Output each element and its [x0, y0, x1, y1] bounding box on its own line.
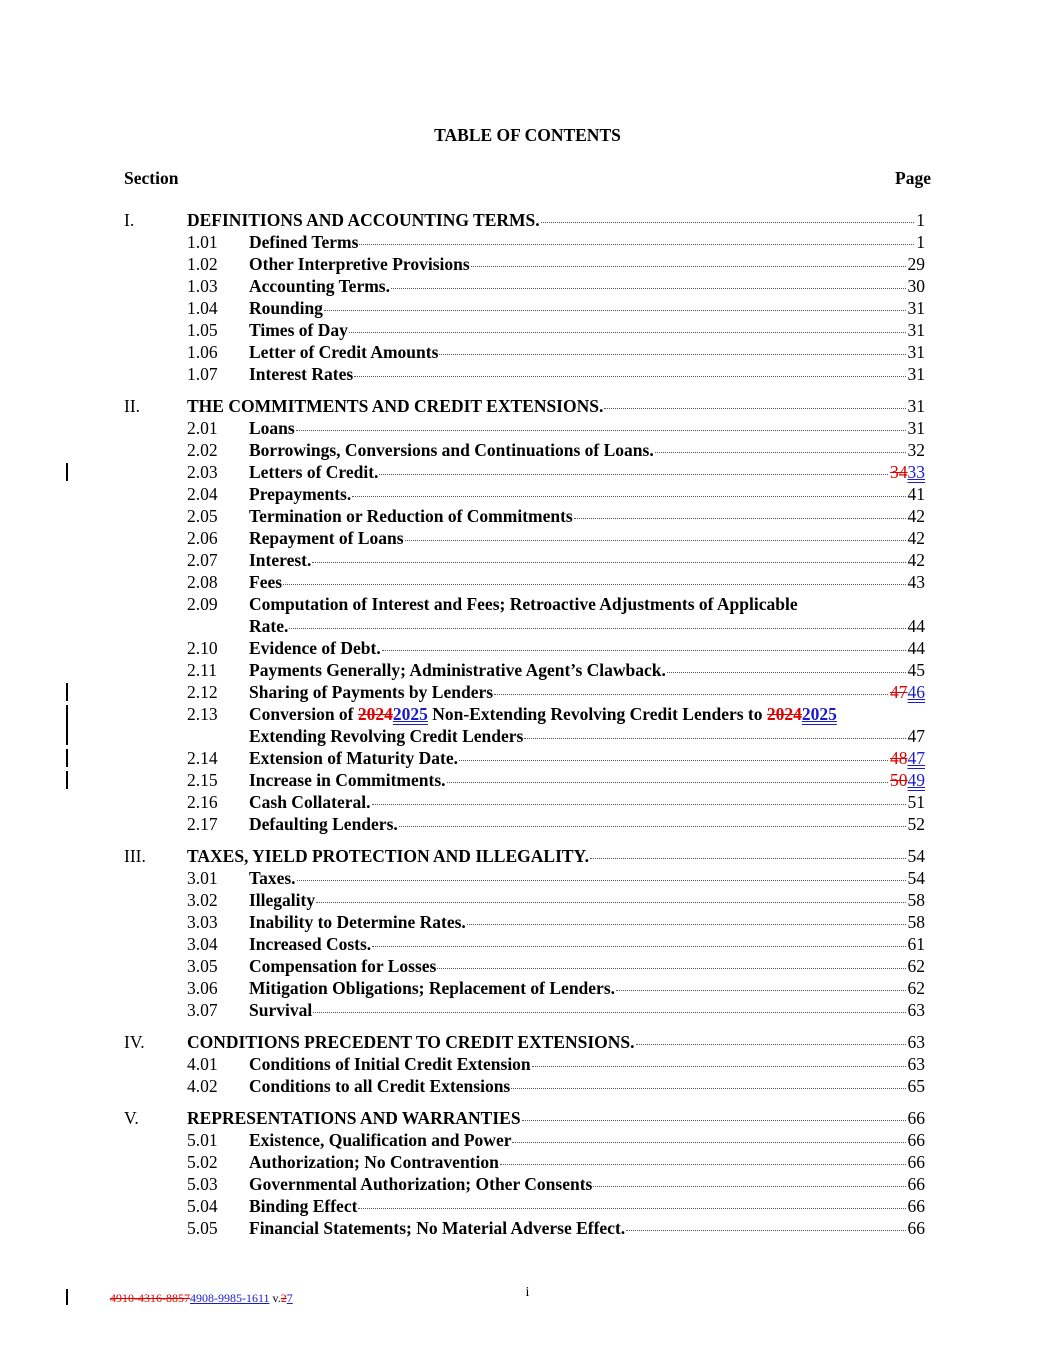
toc-page-number[interactable]: 4847: [890, 747, 925, 769]
dot-leader: [524, 738, 905, 739]
toc-entry-title[interactable]: Prepayments.: [249, 483, 351, 505]
toc-page-number[interactable]: 61: [908, 933, 926, 955]
toc-entry-number: 3.01: [187, 867, 218, 889]
toc-section-row[interactable]: 3.05Compensation for Losses62: [0, 955, 1055, 977]
page-title: TABLE OF CONTENTS: [0, 125, 1055, 146]
toc-section-row[interactable]: 3.07Survival63: [0, 999, 1055, 1021]
dot-leader: [626, 1230, 905, 1231]
toc-page-number[interactable]: 5049: [890, 769, 925, 791]
toc-entry-title[interactable]: Authorization; No Contravention: [249, 1151, 499, 1173]
toc-section-row[interactable]: 1.01Defined Terms1: [0, 231, 1055, 253]
inserted-text: 2025: [393, 704, 428, 724]
toc-entry-number: 2.07: [187, 549, 218, 571]
toc-entry-title[interactable]: Defaulting Lenders.: [249, 813, 398, 835]
toc-section-row[interactable]: 2.06Repayment of Loans42: [0, 527, 1055, 549]
change-bar: [66, 463, 68, 481]
toc-page-number[interactable]: 31: [908, 297, 926, 319]
dot-leader: [655, 452, 906, 453]
toc-entry-title[interactable]: Conditions to all Credit Extensions: [249, 1075, 510, 1097]
toc-page-number[interactable]: 4746: [890, 681, 925, 703]
toc-page-number[interactable]: 63: [908, 1031, 926, 1053]
toc-section-row[interactable]: 1.02Other Interpretive Provisions29: [0, 253, 1055, 275]
toc-page-number[interactable]: 31: [908, 319, 926, 341]
toc-entry-number: 1.06: [187, 341, 218, 363]
toc-section-row[interactable]: 1.07Interest Rates31: [0, 363, 1055, 385]
page-column-header: Page: [895, 168, 931, 189]
dot-leader: [382, 650, 906, 651]
toc-entry-number: 1.05: [187, 319, 218, 341]
toc-entry-title[interactable]: Mitigation Obligations; Replacement of L…: [249, 977, 615, 999]
dot-leader: [500, 1164, 906, 1165]
toc-entry-title[interactable]: Times of Day: [249, 319, 348, 341]
dot-leader: [399, 826, 906, 827]
toc-entry-number: 2.08: [187, 571, 218, 593]
dot-leader: [372, 804, 906, 805]
dot-leader: [352, 496, 905, 497]
toc-entry-number: 5.04: [187, 1195, 218, 1217]
toc-entry-number: 2.04: [187, 483, 218, 505]
toc-entry-title[interactable]: Existence, Qualification and Power: [249, 1129, 511, 1151]
title-fragment: Conversion of: [249, 704, 358, 724]
dot-leader: [574, 518, 906, 519]
toc-article-row[interactable]: III.TAXES, YIELD PROTECTION AND ILLEGALI…: [0, 845, 1055, 867]
toc-section-row[interactable]: 2.09Computation of Interest and Fees; Re…: [0, 593, 1055, 637]
toc-page-number[interactable]: 45: [908, 659, 926, 681]
dot-leader: [405, 540, 906, 541]
dot-leader: [372, 946, 905, 947]
toc-page-number[interactable]: 66: [908, 1195, 926, 1217]
toc-section-row[interactable]: 2.07Interest.42: [0, 549, 1055, 571]
toc-page-number[interactable]: 54: [908, 867, 926, 889]
toc-page-number[interactable]: 58: [908, 889, 926, 911]
dot-leader: [316, 902, 905, 903]
deleted-page-number: 47: [890, 682, 908, 702]
toc-section-row[interactable]: 2.11Payments Generally; Administrative A…: [0, 659, 1055, 681]
toc-entry-title[interactable]: Rounding: [249, 297, 323, 319]
toc-section-row[interactable]: 5.02Authorization; No Contravention66: [0, 1151, 1055, 1173]
toc-entry-title[interactable]: Defined Terms: [249, 231, 358, 253]
toc-entry-title[interactable]: TAXES, YIELD PROTECTION AND ILLEGALITY.: [187, 845, 589, 867]
toc-page-number[interactable]: 42: [908, 505, 926, 527]
toc-page-number[interactable]: 62: [908, 955, 926, 977]
toc-page-number[interactable]: 66: [908, 1129, 926, 1151]
toc-section-row[interactable]: 1.04Rounding31: [0, 297, 1055, 319]
toc-page-number[interactable]: 44: [908, 615, 926, 637]
dot-leader: [593, 1186, 905, 1187]
toc-page-number[interactable]: 31: [908, 395, 926, 417]
toc-page-number[interactable]: 29: [908, 253, 926, 275]
toc-section-row[interactable]: 2.12Sharing of Payments by Lenders4746: [0, 681, 1055, 703]
toc-page-number[interactable]: 66: [908, 1173, 926, 1195]
dot-leader: [590, 858, 906, 859]
toc-section-row[interactable]: 4.01Conditions of Initial Credit Extensi…: [0, 1053, 1055, 1075]
toc-page-number[interactable]: 42: [908, 527, 926, 549]
toc-entry-number: 4.01: [187, 1053, 218, 1075]
toc-entry-number: 2.01: [187, 417, 218, 439]
toc-page-number[interactable]: 1: [916, 209, 925, 231]
dot-leader: [532, 1066, 906, 1067]
toc-entry-title[interactable]: Letter of Credit Amounts: [249, 341, 438, 363]
toc-entry-title[interactable]: Evidence of Debt.: [249, 637, 381, 659]
toc-entry-title[interactable]: Payments Generally; Administrative Agent…: [249, 659, 666, 681]
dot-leader: [447, 782, 888, 783]
change-bar: [66, 771, 68, 789]
toc-entry-number: 3.06: [187, 977, 218, 999]
deleted-page-number: 48: [890, 748, 908, 768]
toc-article-row[interactable]: IV.CONDITIONS PRECEDENT TO CREDIT EXTENS…: [0, 1031, 1055, 1053]
toc-entry-number: 5.03: [187, 1173, 218, 1195]
toc-page-number[interactable]: 66: [908, 1217, 926, 1239]
dot-leader: [616, 990, 905, 991]
toc-section-row[interactable]: 5.04Binding Effect66: [0, 1195, 1055, 1217]
toc-entry-title[interactable]: Conversion of 20242025 Non-Extending Rev…: [249, 703, 837, 725]
dot-leader: [312, 562, 905, 563]
toc-section-row[interactable]: 2.03Letters of Credit.3433: [0, 461, 1055, 483]
toc-page-number[interactable]: 51: [908, 791, 926, 813]
toc-section-row[interactable]: 2.13Conversion of 20242025 Non-Extending…: [0, 703, 1055, 747]
toc-page-number[interactable]: 32: [908, 439, 926, 461]
toc-entry-title[interactable]: Loans: [249, 417, 295, 439]
dot-leader: [511, 1088, 905, 1089]
toc-entry-title[interactable]: Borrowings, Conversions and Continuation…: [249, 439, 654, 461]
toc-section-row[interactable]: 2.05Termination or Reduction of Commitme…: [0, 505, 1055, 527]
toc-section-row[interactable]: 3.01Taxes.54: [0, 867, 1055, 889]
deleted-text: 2024: [767, 704, 802, 724]
toc-page-number[interactable]: 31: [908, 341, 926, 363]
toc-entry-title[interactable]: Fees: [249, 571, 282, 593]
toc-entry-title[interactable]: Other Interpretive Provisions: [249, 253, 470, 275]
dot-leader: [313, 1012, 905, 1013]
toc-page-number[interactable]: 58: [908, 911, 926, 933]
toc-entry-title[interactable]: Extension of Maturity Date.: [249, 747, 458, 769]
toc-section-row[interactable]: 2.02Borrowings, Conversions and Continua…: [0, 439, 1055, 461]
toc-page-number[interactable]: 63: [908, 1053, 926, 1075]
toc-section-row[interactable]: 2.17Defaulting Lenders.52: [0, 813, 1055, 835]
toc-entry-title[interactable]: Letters of Credit.: [249, 461, 378, 483]
toc-section-row[interactable]: 1.06Letter of Credit Amounts31: [0, 341, 1055, 363]
toc-entry-title[interactable]: CONDITIONS PRECEDENT TO CREDIT EXTENSION…: [187, 1031, 635, 1053]
dot-leader: [667, 672, 906, 673]
toc-entry-number: 2.06: [187, 527, 218, 549]
toc-entry-number: 2.12: [187, 681, 218, 703]
dot-leader: [439, 354, 905, 355]
toc-page-number[interactable]: 41: [908, 483, 926, 505]
dot-leader: [494, 694, 888, 695]
toc-page-number[interactable]: 54: [908, 845, 926, 867]
toc-entry-number: 3.07: [187, 999, 218, 1021]
toc-entry-number: I.: [124, 209, 134, 231]
toc-page-number[interactable]: 47: [908, 725, 926, 747]
toc-entry-title[interactable]: THE COMMITMENTS AND CREDIT EXTENSIONS.: [187, 395, 603, 417]
toc-entry-number: 2.17: [187, 813, 218, 835]
dot-leader: [512, 1142, 905, 1143]
dot-leader: [349, 332, 906, 333]
toc-entry-number: 2.11: [187, 659, 217, 681]
toc-entry-number: 2.13: [187, 703, 218, 725]
toc-page-number[interactable]: 52: [908, 813, 926, 835]
dot-leader: [354, 376, 905, 377]
toc-entry-number: 1.03: [187, 275, 218, 297]
toc-page-number[interactable]: 62: [908, 977, 926, 999]
dot-leader: [437, 968, 905, 969]
toc-entry-title[interactable]: Termination or Reduction of Commitments: [249, 505, 573, 527]
dot-leader: [358, 1208, 905, 1209]
toc-entry-number: 2.03: [187, 461, 218, 483]
toc-entry-title[interactable]: DEFINITIONS AND ACCOUNTING TERMS.: [187, 209, 540, 231]
dot-leader: [296, 430, 906, 431]
toc-entry-number: 3.02: [187, 889, 218, 911]
dot-leader: [459, 760, 888, 761]
toc-section-row[interactable]: 5.05Financial Statements; No Material Ad…: [0, 1217, 1055, 1239]
toc-entry-title[interactable]: Compensation for Losses: [249, 955, 436, 977]
toc-entry-title[interactable]: Binding Effect: [249, 1195, 357, 1217]
toc-page-number[interactable]: 65: [908, 1075, 926, 1097]
toc-entry-number: 2.10: [187, 637, 218, 659]
toc-page-number[interactable]: 66: [908, 1151, 926, 1173]
toc-entry-number: 2.09: [187, 593, 218, 615]
toc-entry-number: 2.02: [187, 439, 218, 461]
toc-section-row[interactable]: 3.03Inability to Determine Rates.58: [0, 911, 1055, 933]
toc-entry-title[interactable]: REPRESENTATIONS AND WARRANTIES: [187, 1107, 521, 1129]
dot-leader: [471, 266, 906, 267]
toc-article-row[interactable]: II.THE COMMITMENTS AND CREDIT EXTENSIONS…: [0, 395, 1055, 417]
section-column-header: Section: [124, 168, 178, 189]
toc-section-row[interactable]: 2.16Cash Collateral.51: [0, 791, 1055, 813]
toc-section-row[interactable]: 3.04Increased Costs.61: [0, 933, 1055, 955]
inserted-page-number: 46: [908, 682, 926, 702]
toc-page-number[interactable]: 3433: [890, 461, 925, 483]
dot-leader: [604, 408, 905, 409]
toc-section-row[interactable]: 2.08Fees43: [0, 571, 1055, 593]
inserted-page-number: 47: [908, 748, 926, 768]
inserted-page-number: 33: [908, 462, 926, 482]
toc-entry-title[interactable]: Interest Rates: [249, 363, 353, 385]
toc-section-row[interactable]: 1.05Times of Day31: [0, 319, 1055, 341]
toc-entry-title[interactable]: Interest.: [249, 549, 311, 571]
toc-entry-number: 2.14: [187, 747, 218, 769]
toc-entry-number: 2.05: [187, 505, 218, 527]
dot-leader: [324, 310, 906, 311]
toc-entry-number: 5.01: [187, 1129, 218, 1151]
toc-page-number[interactable]: 44: [908, 637, 926, 659]
toc-entry-number: 3.03: [187, 911, 218, 933]
toc-entry-number: 3.05: [187, 955, 218, 977]
toc-entry-title[interactable]: Inability to Determine Rates.: [249, 911, 466, 933]
dot-leader: [391, 288, 906, 289]
toc-entry-title[interactable]: Computation of Interest and Fees; Retroa…: [249, 593, 798, 615]
toc-entry-number: 5.05: [187, 1217, 218, 1239]
toc-entry-number: 1.04: [187, 297, 218, 319]
toc-page-number[interactable]: 31: [908, 417, 926, 439]
toc-section-row[interactable]: 4.02Conditions to all Credit Extensions6…: [0, 1075, 1055, 1097]
toc-page-number[interactable]: 66: [908, 1107, 926, 1129]
toc-entry-number: 3.04: [187, 933, 218, 955]
toc-page-number[interactable]: 1: [916, 231, 925, 253]
dot-leader: [522, 1120, 906, 1121]
toc-section-row[interactable]: 2.14Extension of Maturity Date.4847: [0, 747, 1055, 769]
toc-page-number[interactable]: 63: [908, 999, 926, 1021]
deleted-text: 2024: [358, 704, 393, 724]
dot-leader: [541, 222, 915, 223]
toc-entry-title[interactable]: Taxes.: [249, 867, 296, 889]
toc-entry-number: IV.: [124, 1031, 145, 1053]
toc-entry-title[interactable]: Sharing of Payments by Lenders: [249, 681, 493, 703]
toc-section-row[interactable]: 3.02Illegality58: [0, 889, 1055, 911]
toc-entry-number: V.: [124, 1107, 139, 1129]
dot-leader: [297, 880, 906, 881]
toc-entry-title[interactable]: Financial Statements; No Material Advers…: [249, 1217, 625, 1239]
change-bar: [66, 1289, 68, 1305]
change-bar: [66, 683, 68, 701]
toc-section-row[interactable]: 5.01Existence, Qualification and Power66: [0, 1129, 1055, 1151]
toc-entry-title[interactable]: Increased Costs.: [249, 933, 371, 955]
title-fragment: Non-Extending Revolving Credit Lenders t…: [428, 704, 767, 724]
toc-section-row[interactable]: 2.15Increase in Commitments.5049: [0, 769, 1055, 791]
dot-leader: [283, 584, 905, 585]
toc-page-number[interactable]: 30: [908, 275, 926, 297]
toc-entry-title[interactable]: Conditions of Initial Credit Extension: [249, 1053, 531, 1075]
dot-leader: [359, 244, 914, 245]
inserted-text: 2025: [802, 704, 837, 724]
toc-article-row[interactable]: I.DEFINITIONS AND ACCOUNTING TERMS.1: [0, 209, 1055, 231]
toc-section-row[interactable]: 3.06Mitigation Obligations; Replacement …: [0, 977, 1055, 999]
toc-entry-title[interactable]: Survival: [249, 999, 312, 1021]
toc-section-row[interactable]: 2.01Loans31: [0, 417, 1055, 439]
toc-entry-number: 4.02: [187, 1075, 218, 1097]
dot-leader: [636, 1044, 906, 1045]
page-number: i: [0, 1285, 1055, 1301]
toc-entry-title[interactable]: Illegality: [249, 889, 315, 911]
toc-entry-number: II.: [124, 395, 140, 417]
deleted-page-number: 34: [890, 462, 908, 482]
toc-section-row[interactable]: 2.04Prepayments.41: [0, 483, 1055, 505]
toc-entry-title[interactable]: Increase in Commitments.: [249, 769, 446, 791]
toc-page-number[interactable]: 31: [908, 363, 926, 385]
change-bar: [66, 749, 68, 767]
change-bar: [66, 705, 68, 745]
toc-section-row[interactable]: 5.03Governmental Authorization; Other Co…: [0, 1173, 1055, 1195]
deleted-page-number: 50: [890, 770, 908, 790]
toc-entry-title[interactable]: Governmental Authorization; Other Consen…: [249, 1173, 592, 1195]
toc-entry-title[interactable]: Cash Collateral.: [249, 791, 371, 813]
toc-entry-number: 1.02: [187, 253, 218, 275]
toc-article-row[interactable]: V.REPRESENTATIONS AND WARRANTIES66: [0, 1107, 1055, 1129]
toc-page-number[interactable]: 42: [908, 549, 926, 571]
toc-section-row[interactable]: 1.03Accounting Terms.30: [0, 275, 1055, 297]
toc-entry-number: 2.16: [187, 791, 218, 813]
dot-leader: [379, 474, 888, 475]
toc-section-row[interactable]: 2.10Evidence of Debt.44: [0, 637, 1055, 659]
toc-entry-title[interactable]: Repayment of Loans: [249, 527, 404, 549]
toc-entry-title[interactable]: Rate.: [249, 615, 288, 637]
toc-entry-number: 5.02: [187, 1151, 218, 1173]
toc-page-number[interactable]: 43: [908, 571, 926, 593]
toc-entry-title[interactable]: Accounting Terms.: [249, 275, 390, 297]
toc-entry-title[interactable]: Extending Revolving Credit Lenders: [249, 725, 523, 747]
toc-entry-number: 1.01: [187, 231, 218, 253]
toc-entry-number: III.: [124, 845, 146, 867]
toc-entry-number: 1.07: [187, 363, 218, 385]
toc-entry-number: 2.15: [187, 769, 218, 791]
dot-leader: [289, 628, 905, 629]
dot-leader: [467, 924, 906, 925]
inserted-page-number: 49: [908, 770, 926, 790]
